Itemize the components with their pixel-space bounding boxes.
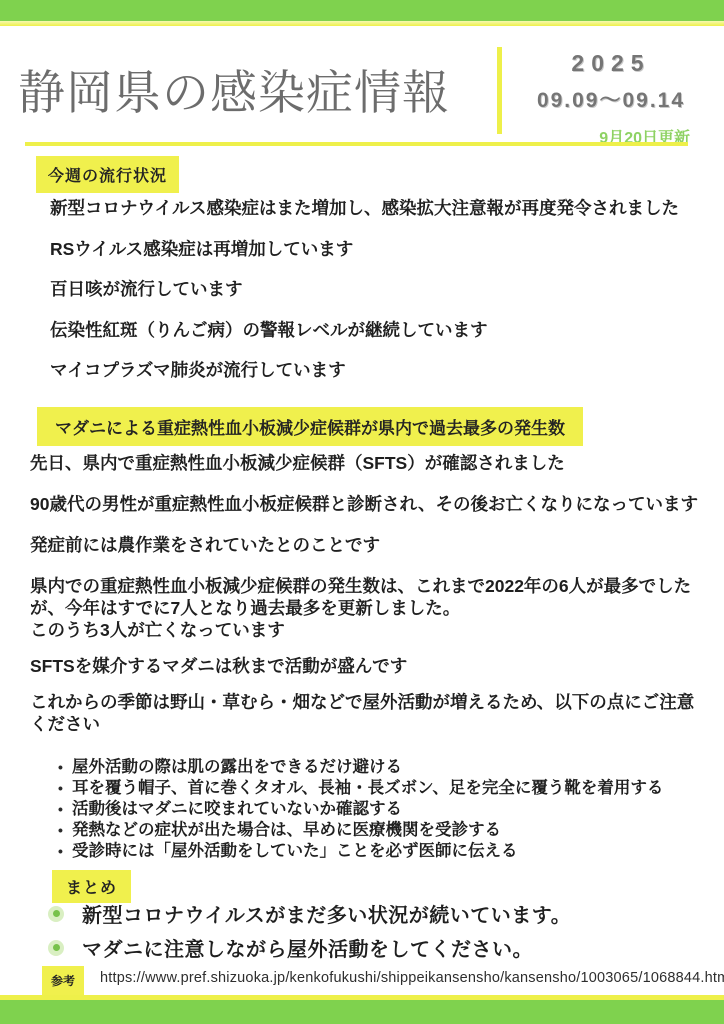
weekly-line: 伝染性紅斑（りんご病）の警報レベルが継続しています (50, 318, 710, 342)
sfts-paragraph: これからの季節は野山・草むら・畑などで屋外活動が増えるため、以下の点にご注意 く… (30, 691, 698, 735)
bullet-icon: • (58, 799, 72, 820)
date-range: 09.09～09.14 (508, 84, 714, 114)
bottom-green-bar (0, 1000, 724, 1024)
reference-label: 参考 (42, 966, 84, 995)
precaution-text: 活動後はマダニに咬まれていないか確認する (72, 800, 402, 818)
summary-bullet-icon (48, 906, 64, 922)
page-title: 静岡県の感染症情報 (18, 56, 450, 123)
header-vertical-divider (497, 47, 502, 134)
sfts-paragraph: 発症前には農作業をされていたとのことです (30, 534, 698, 556)
top-yellow-line (0, 21, 724, 26)
reference-url-link[interactable]: https://www.pref.shizuoka.jp/kenkofukush… (100, 970, 724, 986)
summary-text: マダニに注意しながら屋外活動をしてください。 (82, 933, 533, 962)
summary-text: 新型コロナウイルスがまだ多い状況が続いています。 (82, 899, 571, 928)
sfts-paragraph: SFTSを媒介するマダニは秋まで活動が盛んです (30, 655, 698, 677)
bullet-icon: • (58, 820, 72, 841)
precaution-list: •屋外活動の際は肌の露出をできるだけ避ける •耳を覆う帽子、首に巻くタオル、長袖… (30, 757, 698, 862)
summary-list: 新型コロナウイルスがまだ多い状況が続いています。 マダニに注意しながら屋外活動を… (48, 899, 571, 967)
precaution-item: •活動後はマダニに咬まれていないか確認する (58, 799, 698, 820)
precaution-item: •受診時には「屋外活動をしていた」ことを必ず医師に伝える (58, 841, 698, 862)
sfts-paragraph: 県内での重症熱性血小板減少症候群の発生数は、これまで2022年の6人が最多でした… (30, 575, 698, 641)
precaution-text: 受診時には「屋外活動をしていた」ことを必ず医師に伝える (72, 842, 518, 860)
precaution-item: •発熱などの症状が出た場合は、早めに医療機関を受診する (58, 820, 698, 841)
precaution-text: 発熱などの症状が出た場合は、早めに医療機関を受診する (72, 821, 501, 839)
bullet-icon: • (58, 757, 72, 778)
sfts-section-heading: マダニによる重症熱性血小板減少症候群が県内で過去最多の発生数 (37, 407, 583, 446)
weekly-line: RSウイルス感染症は再増加しています (50, 237, 710, 261)
weekly-status-list: 新型コロナウイルス感染症はまた増加し、感染拡大注意報が再度発令されました RSウ… (50, 196, 710, 399)
precaution-item: •屋外活動の際は肌の露出をできるだけ避ける (58, 757, 698, 778)
infographic-page: 静岡県の感染症情報 2025 09.09～09.14 9月20日更新 今週の流行… (0, 0, 724, 1024)
summary-item: マダニに注意しながら屋外活動をしてください。 (48, 933, 571, 962)
sfts-section-body: 先日、県内で重症熱性血小板減少症候群（SFTS）が確認されました 90歳代の男性… (30, 452, 698, 862)
summary-bullet-icon (48, 940, 64, 956)
date-box: 2025 09.09～09.14 9月20日更新 (508, 50, 714, 148)
top-green-bar (0, 0, 724, 21)
precaution-text: 屋外活動の際は肌の露出をできるだけ避ける (72, 758, 402, 776)
weekly-status-heading: 今週の流行状況 (36, 156, 179, 193)
date-year: 2025 (508, 50, 714, 77)
precaution-item: •耳を覆う帽子、首に巻くタオル、長袖・長ズボン、足を完全に覆う靴を着用する (58, 778, 698, 799)
weekly-line: マイコプラズマ肺炎が流行しています (50, 358, 710, 382)
header-underline (25, 142, 688, 146)
bullet-icon: • (58, 841, 72, 862)
bullet-icon: • (58, 778, 72, 799)
summary-item: 新型コロナウイルスがまだ多い状況が続いています。 (48, 899, 571, 928)
precaution-text: 耳を覆う帽子、首に巻くタオル、長袖・長ズボン、足を完全に覆う靴を着用する (72, 779, 663, 797)
weekly-line: 新型コロナウイルス感染症はまた増加し、感染拡大注意報が再度発令されました (50, 196, 710, 220)
sfts-paragraph: 90歳代の男性が重症熱性血小板症候群と診断され、その後お亡くなりになっています (30, 493, 698, 515)
weekly-line: 百日咳が流行しています (50, 277, 710, 301)
sfts-paragraph: 先日、県内で重症熱性血小板減少症候群（SFTS）が確認されました (30, 452, 698, 474)
